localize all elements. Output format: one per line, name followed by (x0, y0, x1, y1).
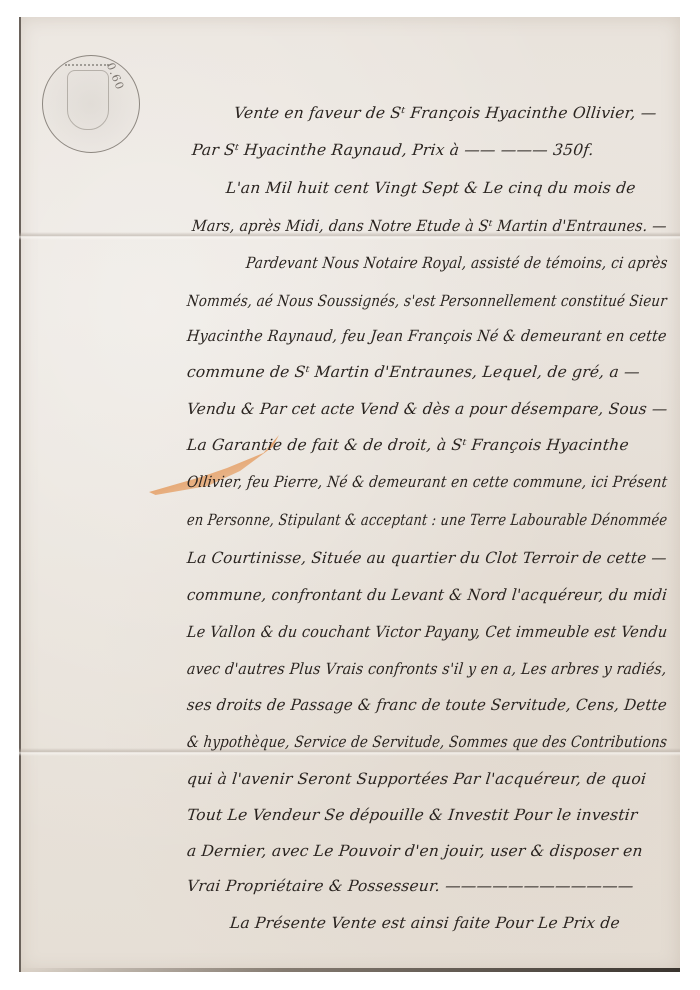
text-line: La Courtinisse, Située au quartier du Cl… (186, 549, 668, 567)
text-line: Mars, après Midi, dans Notre Etude à Sᵗ … (191, 217, 668, 235)
paper-edge (19, 17, 21, 972)
text-line: Ollivier, feu Pierre, Né & demeurant en … (186, 473, 668, 491)
document-page: 0.60 Vente en faveur de Sᵗ François Hyac… (19, 17, 680, 972)
text-line: Tout Le Vendeur Se dépouille & Investit … (186, 806, 638, 824)
tax-stamp-seal-icon: 0.60 (42, 55, 140, 153)
text-line: a Dernier, avec Le Pouvoir d'en jouir, u… (186, 842, 644, 860)
text-line: Par Sᵗ Hyacinthe Raynaud, Prix à —— ——— … (191, 141, 595, 159)
text-line: Hyacinthe Raynaud, feu Jean François Né … (186, 327, 668, 345)
text-line: La Présente Vente est ainsi faite Pour L… (229, 914, 621, 932)
text-line: Pardevant Nous Notaire Royal, assisté de… (245, 254, 669, 272)
text-line: Le Vallon & du couchant Victor Payany, C… (186, 623, 668, 641)
text-line: en Personne, Stipulant & acceptant : une… (186, 511, 668, 529)
text-line: Nommés, aé Nous Soussignés, s'est Person… (186, 292, 668, 310)
text-line-title: Vente en faveur de Sᵗ François Hyacinthe… (233, 104, 657, 122)
coat-of-arms-icon (67, 70, 109, 130)
text-line: commune, confrontant du Levant & Nord l'… (186, 586, 668, 604)
text-line: La Garantie de fait & de droit, à Sᵗ Fra… (186, 436, 630, 454)
text-line: & hypothèque, Service de Servitude, Somm… (186, 733, 668, 751)
text-line: ses droits de Passage & franc de toute S… (186, 696, 668, 714)
text-line: commune de Sᵗ Martin d'Entraunes, Lequel… (186, 363, 641, 381)
text-line: Vrai Propriétaire & Possesseur. ————————… (186, 877, 635, 895)
text-line: L'an Mil huit cent Vingt Sept & Le cinq … (225, 179, 637, 197)
text-line: qui à l'avenir Seront Supportées Par l'a… (186, 770, 647, 788)
text-line: Vendu & Par cet acte Vend & dès a pour d… (186, 400, 668, 418)
text-line: avec d'autres Plus Vrais confronts s'il … (186, 660, 668, 678)
